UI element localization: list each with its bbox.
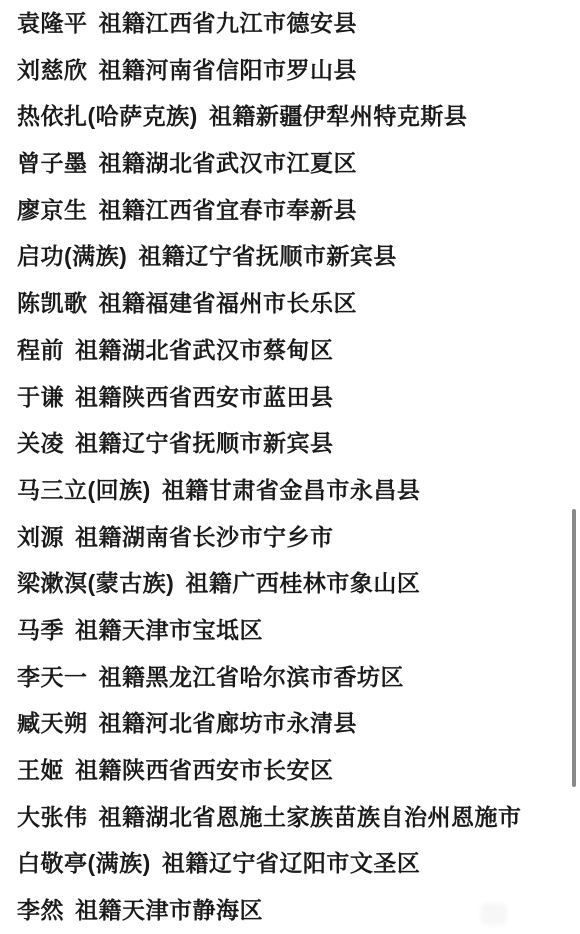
person-name: 程前 [17,337,64,363]
list-item: 热依扎(哈萨克族)祖籍新疆伊犁州特克斯县 [17,93,580,140]
origin-text: 祖籍新疆伊犁州特克斯县 [209,103,468,129]
origin-text: 祖籍甘肃省金昌市永昌县 [162,477,421,503]
ethnicity-tag: (蒙古族) [88,570,175,596]
list-item: 大张伟祖籍湖北省恩施土家族苗族自治州恩施市 [17,794,580,841]
list-item: 曾子墨祖籍湖北省武汉市江夏区 [17,140,580,187]
list-item: 李天一祖籍黑龙江省哈尔滨市香坊区 [17,654,580,701]
person-name: 关凌 [17,430,64,456]
origin-text: 祖籍湖北省恩施土家族苗族自治州恩施市 [99,804,522,830]
list-item: 马季祖籍天津市宝坻区 [17,607,580,654]
list-item: 陈凯歌祖籍福建省福州市长乐区 [17,280,580,327]
list-item: 廖京生祖籍江西省宜春市奉新县 [17,187,580,234]
origin-text: 祖籍辽宁省抚顺市新宾县 [75,430,334,456]
list-item: 关凌祖籍辽宁省抚顺市新宾县 [17,420,580,467]
person-name: 大张伟 [17,804,88,830]
origin-text: 祖籍黑龙江省哈尔滨市香坊区 [99,664,405,690]
origin-text: 祖籍天津市静海区 [75,897,263,923]
origin-text: 祖籍河北省廊坊市永清县 [99,710,358,736]
origin-list: 袁隆平祖籍江西省九江市德安县 刘慈欣祖籍河南省信阳市罗山县 热依扎(哈萨克族)祖… [0,0,580,934]
person-name: 马三立 [17,477,88,503]
origin-text: 祖籍辽宁省辽阳市文圣区 [162,850,421,876]
origin-text: 祖籍湖北省武汉市蔡甸区 [75,337,334,363]
person-name: 启功 [17,243,64,269]
list-item: 刘源祖籍湖南省长沙市宁乡市 [17,514,580,561]
origin-text: 祖籍湖北省武汉市江夏区 [99,150,358,176]
list-item: 启功(满族)祖籍辽宁省抚顺市新宾县 [17,233,580,280]
watermark-smudge [481,903,507,925]
list-item: 马三立(回族)祖籍甘肃省金昌市永昌县 [17,467,580,514]
list-item: 白敬亭(满族)祖籍辽宁省辽阳市文圣区 [17,840,580,887]
list-item: 臧天朔祖籍河北省廊坊市永清县 [17,700,580,747]
origin-text: 祖籍江西省宜春市奉新县 [99,197,358,223]
person-name: 马季 [17,617,64,643]
person-name: 廖京生 [17,197,88,223]
list-item: 梁漱溟(蒙古族)祖籍广西桂林市象山区 [17,560,580,607]
origin-text: 祖籍福建省福州市长乐区 [99,290,358,316]
list-item: 程前祖籍湖北省武汉市蔡甸区 [17,327,580,374]
ethnicity-tag: (满族) [64,243,127,269]
article-page: 袁隆平祖籍江西省九江市德安县 刘慈欣祖籍河南省信阳市罗山县 热依扎(哈萨克族)祖… [0,0,580,934]
list-item: 刘慈欣祖籍河南省信阳市罗山县 [17,47,580,94]
person-name: 袁隆平 [17,10,88,36]
person-name: 李然 [17,897,64,923]
person-name: 梁漱溟 [17,570,88,596]
origin-text: 祖籍天津市宝坻区 [75,617,263,643]
person-name: 刘源 [17,524,64,550]
person-name: 王姬 [17,757,64,783]
list-item: 袁隆平祖籍江西省九江市德安县 [17,0,580,47]
person-name: 热依扎 [17,103,88,129]
scrollbar-thumb[interactable] [572,509,576,787]
person-name: 臧天朔 [17,710,88,736]
origin-text: 祖籍陕西省西安市长安区 [75,757,334,783]
person-name: 李天一 [17,664,88,690]
ethnicity-tag: (回族) [88,477,151,503]
origin-text: 祖籍辽宁省抚顺市新宾县 [138,243,397,269]
origin-text: 祖籍湖南省长沙市宁乡市 [75,524,334,550]
origin-text: 祖籍陕西省西安市蓝田县 [75,384,334,410]
person-name: 刘慈欣 [17,57,88,83]
person-name: 陈凯歌 [17,290,88,316]
list-item: 王姬祖籍陕西省西安市长安区 [17,747,580,794]
person-name: 于谦 [17,384,64,410]
ethnicity-tag: (哈萨克族) [88,103,198,129]
ethnicity-tag: (满族) [88,850,151,876]
list-item: 于谦祖籍陕西省西安市蓝田县 [17,374,580,421]
origin-text: 祖籍河南省信阳市罗山县 [99,57,358,83]
person-name: 白敬亭 [17,850,88,876]
origin-text: 祖籍江西省九江市德安县 [99,10,358,36]
person-name: 曾子墨 [17,150,88,176]
origin-text: 祖籍广西桂林市象山区 [185,570,420,596]
